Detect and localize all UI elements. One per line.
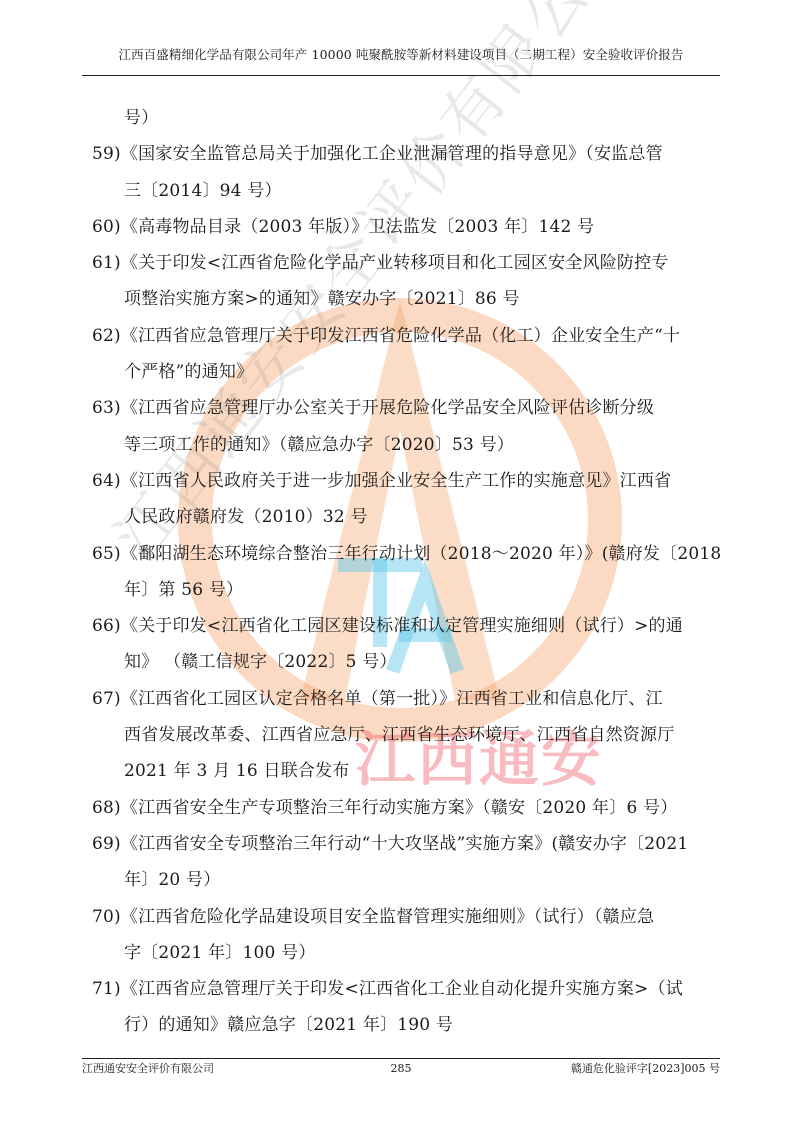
reference-line: 人民政府赣府发（2010）32 号 <box>92 499 722 535</box>
reference-number: 60) <box>92 209 121 245</box>
reference-line: 西省发展改革委、江西省应急厅、江西省生态环境厅、江西省自然资源厅 <box>92 717 722 753</box>
reference-number: 59) <box>92 136 121 172</box>
reference-item-68: 68)《江西省安全生产专项整治三年行动实施方案》（赣安〔2020 年〕6 号） <box>92 790 722 826</box>
reference-line: 项整治实施方案>的通知》赣安办字〔2021〕86 号 <box>92 281 722 317</box>
reference-number: 63) <box>92 390 121 426</box>
reference-line: 年〕20 号） <box>92 862 722 898</box>
reference-line: 年〕第 56 号） <box>92 572 722 608</box>
reference-number: 70) <box>92 899 121 935</box>
reference-item-69: 69)《江西省安全专项整治三年行动“十大攻坚战”实施方案》(赣安办字〔2021 <box>92 826 722 862</box>
reference-item-62: 62)《江西省应急管理厅关于印发江西省危险化学品（化工）企业安全生产“十 <box>92 318 722 354</box>
reference-line: 个严格”的通知》 <box>92 354 722 390</box>
reference-line: 号） <box>92 100 722 136</box>
reference-text: 《关于印发<江西省危险化学品产业转移项目和化工园区安全风险防控专 <box>121 253 669 273</box>
reference-line: 2021 年 3 月 16 日联合发布 <box>92 753 722 789</box>
reference-number: 67) <box>92 681 121 717</box>
reference-line: 知》 （赣工信规字〔2022〕5 号） <box>92 644 722 680</box>
reference-number: 66) <box>92 608 121 644</box>
reference-item-66: 66)《关于印发<江西省化工园区建设标准和认定管理实施细则（试行）>的通 <box>92 608 722 644</box>
footer-doc-number: 赣通危化验评字[2023]005 号 <box>571 1060 720 1078</box>
reference-text: 《江西省化工园区认定合格名单（第一批）》江西省工业和信息化厅、江 <box>121 689 663 709</box>
reference-text: 《江西省应急管理厅办公室关于开展危险化学品安全风险评估诊断分级 <box>121 398 654 418</box>
reference-line: 字〔2021 年〕100 号） <box>92 935 722 971</box>
reference-text: 《江西省危险化学品建设项目安全监督管理实施细则》（试行）（赣应急 <box>121 907 654 927</box>
reference-item-60: 60)《高毒物品目录（2003 年版）》卫法监发〔2003 年〕142 号 <box>92 209 722 245</box>
reference-line: 三〔2014〕94 号） <box>92 173 722 209</box>
reference-number: 62) <box>92 318 121 354</box>
reference-item-64: 64)《江西省人民政府关于进一步加强企业安全生产工作的实施意见》江西省 <box>92 463 722 499</box>
reference-item-70: 70)《江西省危险化学品建设项目安全监督管理实施细则》（试行）（赣应急 <box>92 899 722 935</box>
reference-item-67: 67)《江西省化工园区认定合格名单（第一批）》江西省工业和信息化厅、江 <box>92 681 722 717</box>
reference-text: 《江西省应急管理厅关于印发<江西省化工企业自动化提升实施方案>（试 <box>121 979 683 999</box>
reference-text: 《江西省人民政府关于进一步加强企业安全生产工作的实施意见》江西省 <box>121 471 671 491</box>
report-title: 江西百盛精细化学品有限公司年产 10000 吨聚酰胺等新材料建设项目（二期工程）… <box>82 45 720 65</box>
reference-text: 《江西省安全专项整治三年行动“十大攻坚战”实施方案》(赣安办字〔2021 <box>121 834 688 854</box>
reference-text: 《江西省应急管理厅关于印发江西省危险化学品（化工）企业安全生产“十 <box>121 326 680 346</box>
reference-number: 64) <box>92 463 121 499</box>
reference-text: 《关于印发<江西省化工园区建设标准和认定管理实施细则（试行）>的通 <box>121 616 683 636</box>
reference-number: 68) <box>92 790 121 826</box>
reference-number: 71) <box>92 971 121 1007</box>
reference-text: 《国家安全监管总局关于加强化工企业泄漏管理的指导意见》（安监总管 <box>121 144 663 164</box>
reference-text: 《江西省安全生产专项整治三年行动实施方案》（赣安〔2020 年〕6 号） <box>121 798 678 818</box>
reference-item-59: 59)《国家安全监管总局关于加强化工企业泄漏管理的指导意见》（安监总管 <box>92 136 722 172</box>
reference-line: 等三项工作的通知》（赣应急办字〔2020〕53 号） <box>92 427 722 463</box>
reference-item-61: 61)《关于印发<江西省危险化学品产业转移项目和化工园区安全风险防控专 <box>92 245 722 281</box>
page-footer: 江西通安安全评价有限公司 285 赣通危化验评字[2023]005 号 <box>82 1058 720 1079</box>
page-header: 江西百盛精细化学品有限公司年产 10000 吨聚酰胺等新材料建设项目（二期工程）… <box>82 45 720 76</box>
reference-number: 69) <box>92 826 121 862</box>
reference-item-65: 65)《鄱阳湖生态环境综合整治三年行动计划（2018～2020 年）》(赣府发〔… <box>92 536 722 572</box>
reference-line: 行）的通知》赣应急字〔2021 年〕190 号 <box>92 1007 722 1043</box>
reference-list: 号） 59)《国家安全监管总局关于加强化工企业泄漏管理的指导意见》（安监总管 三… <box>92 100 722 1044</box>
reference-item-71: 71)《江西省应急管理厅关于印发<江西省化工企业自动化提升实施方案>（试 <box>92 971 722 1007</box>
reference-item-63: 63)《江西省应急管理厅办公室关于开展危险化学品安全风险评估诊断分级 <box>92 390 722 426</box>
reference-number: 61) <box>92 245 121 281</box>
reference-number: 65) <box>92 536 121 572</box>
reference-text: 《高毒物品目录（2003 年版）》卫法监发〔2003 年〕142 号 <box>121 217 595 237</box>
reference-text: 《鄱阳湖生态环境综合整治三年行动计划（2018～2020 年）》(赣府发〔201… <box>121 544 722 564</box>
